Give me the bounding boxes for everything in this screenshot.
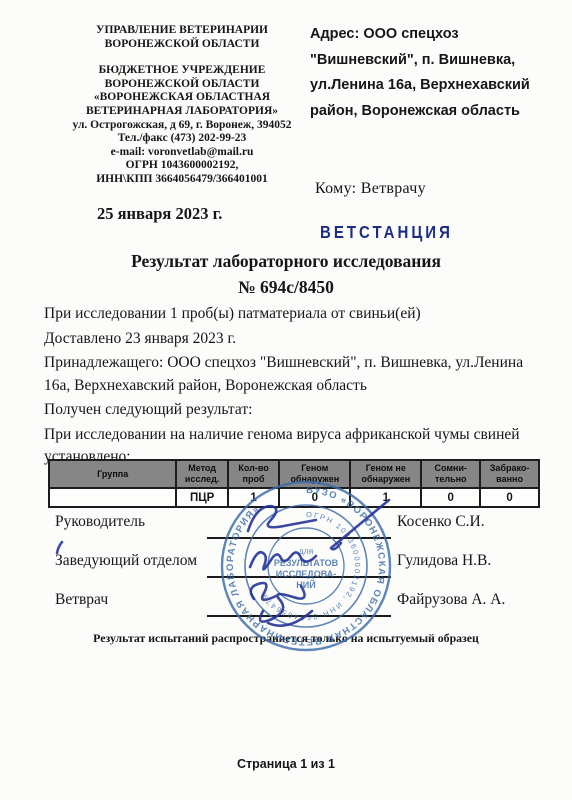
seal-center-text: РЕЗУЛЬТАТОВ	[274, 558, 339, 568]
signature-name: Файрузова А. А.	[397, 591, 505, 609]
document-date: 25 января 2023 г.	[97, 204, 222, 224]
org-department-line: ВОРОНЕЖСКОЙ ОБЛАСТИ	[52, 38, 312, 52]
paragraph-owner: Принадлежащего: ООО спецхоз "Вишневский"…	[44, 352, 538, 397]
signature-name: Гулидова Н.В.	[397, 552, 491, 570]
signature-role: Заведующий отделом	[55, 552, 197, 570]
body-text: При исследовании 1 проб(ы) патматериала …	[44, 303, 538, 471]
org-email-line: e-mail: voronvetlab@mail.ru	[52, 146, 312, 160]
org-institution-line: ВОРОНЕЖСКОЙ ОБЛАСТИ	[52, 78, 312, 92]
signature-role: Ветврач	[55, 591, 108, 609]
paragraph-delivered: Доставлено 23 января 2023 г.	[44, 328, 538, 351]
vetstation-stamp: ВЕТСТАНЦИЯ	[320, 223, 453, 243]
org-department-line: УПРАВЛЕНИЕ ВЕТЕРИНАРИИ	[52, 24, 312, 38]
signature-name: Косенко С.И.	[397, 513, 485, 531]
page-number: Страница 1 из 1	[0, 757, 572, 771]
col-header-group: Группа	[49, 460, 176, 488]
org-address-line: ул. Острогожская, д 69, г. Воронеж, 3940…	[52, 119, 312, 133]
org-header-block: УПРАВЛЕНИЕ ВЕТЕРИНАРИИ ВОРОНЕЖСКОЙ ОБЛАС…	[52, 24, 312, 187]
org-institution-line: БЮДЖЕТНОЕ УЧРЕЖДЕНИЕ	[52, 64, 312, 78]
cell-group	[49, 488, 176, 507]
seal-center-text: ИССЛЕДОВА-	[276, 569, 337, 579]
paragraph-samples: При исследовании 1 проб(ы) патматериала …	[44, 303, 538, 326]
document-title: Результат лабораторного исследования	[0, 251, 572, 272]
round-seal-stamp: БУЗО «ВОРОНЕЖСКАЯ ОБЛАСТНАЯ ВЕТЕРИНАРНАЯ…	[218, 478, 394, 654]
org-institution-line: ВЕТЕРИНАРНАЯ ЛАБОРАТОРИЯ»	[52, 105, 312, 119]
seal-center-text: НИЙ	[296, 579, 315, 590]
document-page: УПРАВЛЕНИЕ ВЕТЕРИНАРИИ ВОРОНЕЖСКОЙ ОБЛАС…	[0, 0, 572, 800]
cell-rejected: 0	[480, 488, 539, 507]
seal-center-text: для	[299, 546, 314, 556]
spacer	[52, 51, 312, 64]
signature-role: Руководитель	[55, 513, 145, 531]
recipient-to: Кому: Ветврачу	[315, 180, 426, 198]
org-phone-line: Тел./факс (473) 202-99-23	[52, 132, 312, 146]
recipient-address: Адрес: ООО спецхоз "Вишневский", п. Вишн…	[310, 22, 548, 124]
col-header-rejected: Забрако-ванно	[480, 460, 539, 488]
org-institution-line: «ВОРОНЕЖСКАЯ ОБЛАСТНАЯ	[52, 91, 312, 105]
org-ogrn-line: ОГРН 1043600002192,	[52, 159, 312, 173]
org-inn-line: ИНН\КПП 3664056479/366401001	[52, 173, 312, 187]
col-header-doubtful: Сомни-тельно	[421, 460, 480, 488]
cell-doubtful: 0	[421, 488, 480, 507]
document-number: № 694с/8450	[0, 277, 572, 298]
paragraph-result-intro: Получен следующий результат:	[44, 399, 538, 422]
